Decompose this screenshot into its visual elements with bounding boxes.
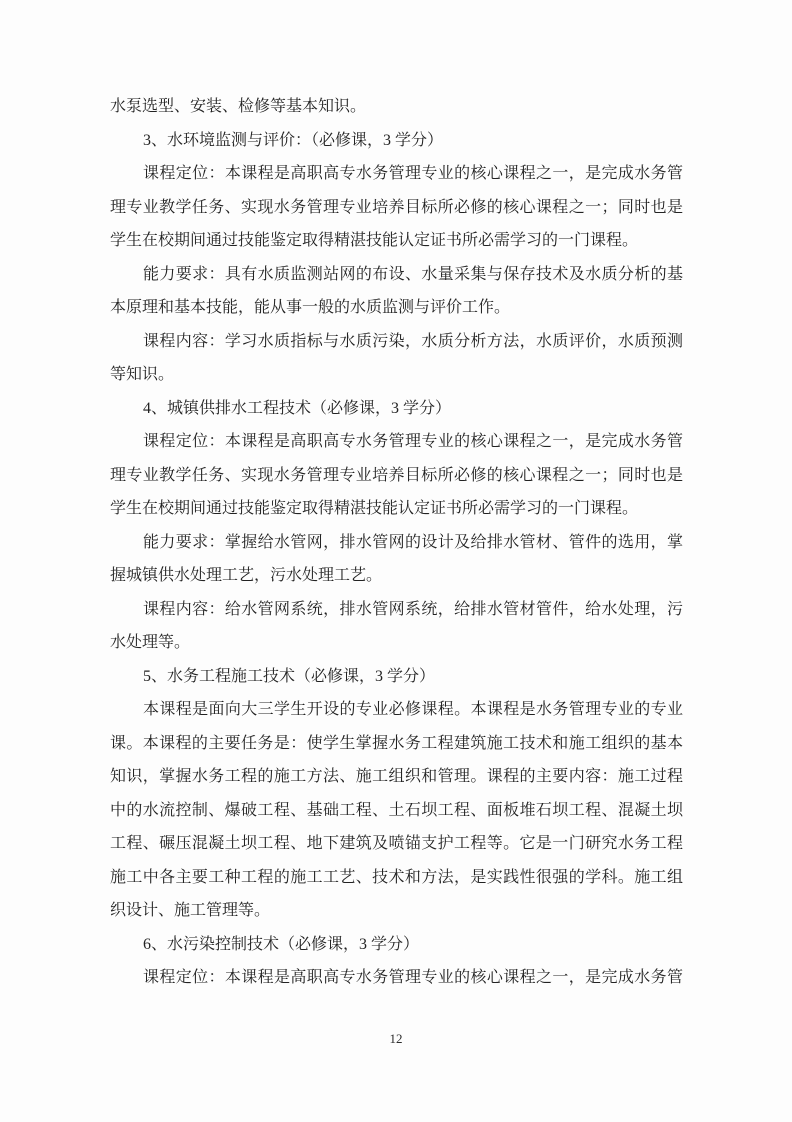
text-line: 能力要求：掌握给水管网，排水管网的设计及给排水管材、管件的选用，掌 [110,526,683,560]
course-3-ability: 能力要求：具有水质监测站网的布设、水量采集与保存技术及水质分析的基 本原理和基本… [110,258,683,325]
text-line: 等知识。 [110,358,683,392]
text-line: 课程内容：学习水质指标与水质污染，水质分析方法，水质评价，水质预测 [110,325,683,359]
course-5-heading: 5、水务工程施工技术（必修课，3 学分） [110,660,683,694]
page-body-text: 水泵选型、安装、检修等基本知识。 3、水环境监测与评价：（必修课，3 学分） 课… [110,90,683,995]
text-line: 本原理和基本技能，能从事一般的水质监测与评价工作。 [110,291,683,325]
text-line: 知识，掌握水务工程的施工方法、施工组织和管理。课程的主要内容：施工过程 [110,760,683,794]
text-line: 学生在校期间通过技能鉴定取得精湛技能认定证书所必需学习的一门课程。 [110,224,683,258]
course-3-positioning: 课程定位：本课程是高职高专水务管理专业的核心课程之一，是完成水务管 理专业教学任… [110,157,683,258]
text-line: 3、水环境监测与评价：（必修课，3 学分） [110,124,683,158]
course-4-heading: 4、城镇供排水工程技术（必修课，3 学分） [110,392,683,426]
document-page: 水泵选型、安装、检修等基本知识。 3、水环境监测与评价：（必修课，3 学分） 课… [0,0,792,1122]
text-line: 施工中各主要工种工程的施工工艺、技术和方法，是实践性很强的学科。施工组 [110,861,683,895]
paragraph-pump-knowledge-continuation: 水泵选型、安装、检修等基本知识。 [110,90,683,124]
text-line: 4、城镇供排水工程技术（必修课，3 学分） [110,392,683,426]
text-line: 6、水污染控制技术（必修课，3 学分） [110,928,683,962]
text-line: 理专业教学任务、实现水务管理专业培养目标所必修的核心课程之一；同时也是 [110,459,683,493]
page-number: 12 [0,1031,792,1047]
course-4-content: 课程内容：给水管网系统，排水管网系统，给排水管材管件，给水处理，污 水处理等。 [110,593,683,660]
course-6-heading: 6、水污染控制技术（必修课，3 学分） [110,928,683,962]
text-line: 握城镇供水处理工艺，污水处理工艺。 [110,559,683,593]
course-6-positioning: 课程定位：本课程是高职高专水务管理专业的核心课程之一，是完成水务管 [110,961,683,995]
text-line: 理专业教学任务、实现水务管理专业培养目标所必修的核心课程之一；同时也是 [110,191,683,225]
text-line: 织设计、施工管理等。 [110,894,683,928]
course-3-heading: 3、水环境监测与评价：（必修课，3 学分） [110,124,683,158]
text-line: 5、水务工程施工技术（必修课，3 学分） [110,660,683,694]
text-line: 课程定位：本课程是高职高专水务管理专业的核心课程之一，是完成水务管 [110,425,683,459]
course-4-ability: 能力要求：掌握给水管网，排水管网的设计及给排水管材、管件的选用，掌 握城镇供水处… [110,526,683,593]
text-line: 水泵选型、安装、检修等基本知识。 [110,90,683,124]
text-line: 工程、碾压混凝土坝工程、地下建筑及喷锚支护工程等。它是一门研究水务工程 [110,827,683,861]
text-line: 课程定位：本课程是高职高专水务管理专业的核心课程之一，是完成水务管 [110,961,683,995]
course-5-description: 本课程是面向大三学生开设的专业必修课程。本课程是水务管理专业的专业 课。本课程的… [110,693,683,928]
text-line: 中的水流控制、爆破工程、基础工程、土石坝工程、面板堆石坝工程、混凝土坝 [110,794,683,828]
text-line: 本课程是面向大三学生开设的专业必修课程。本课程是水务管理专业的专业 [110,693,683,727]
text-line: 能力要求：具有水质监测站网的布设、水量采集与保存技术及水质分析的基 [110,258,683,292]
text-line: 课。本课程的主要任务是：使学生掌握水务工程建筑施工技术和施工组织的基本 [110,727,683,761]
text-line: 水处理等。 [110,626,683,660]
course-4-positioning: 课程定位：本课程是高职高专水务管理专业的核心课程之一，是完成水务管 理专业教学任… [110,425,683,526]
text-line: 课程内容：给水管网系统，排水管网系统，给排水管材管件，给水处理，污 [110,593,683,627]
course-3-content: 课程内容：学习水质指标与水质污染，水质分析方法，水质评价，水质预测 等知识。 [110,325,683,392]
text-line: 课程定位：本课程是高职高专水务管理专业的核心课程之一，是完成水务管 [110,157,683,191]
text-line: 学生在校期间通过技能鉴定取得精湛技能认定证书所必需学习的一门课程。 [110,492,683,526]
